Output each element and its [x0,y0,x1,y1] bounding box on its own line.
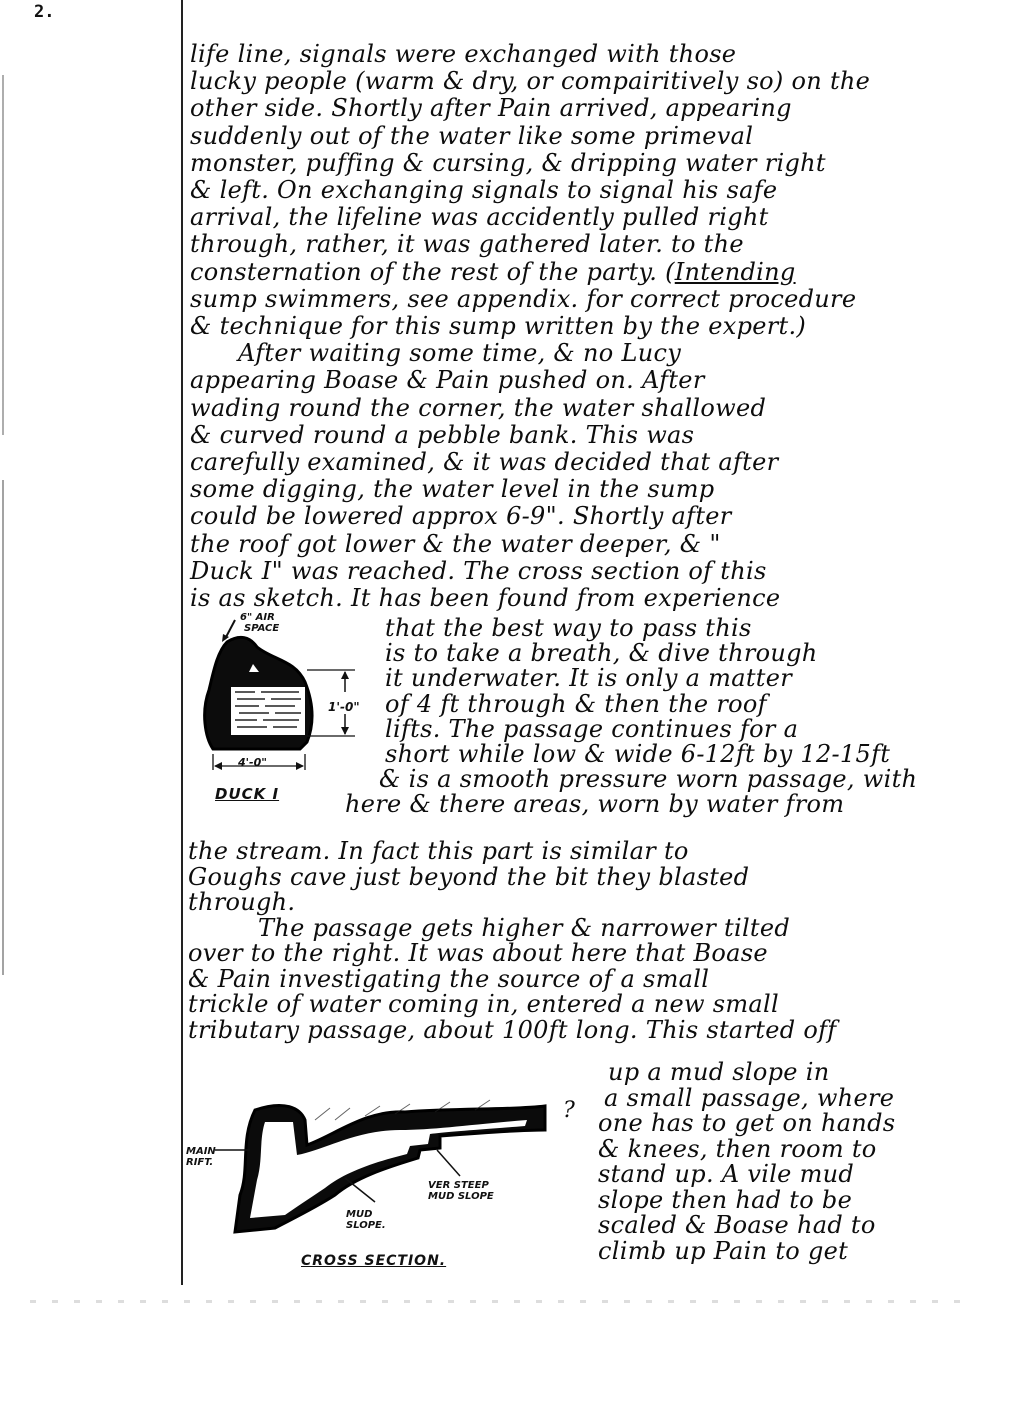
handwritten-line: a small passage, where [604,1084,894,1112]
very-steep-line-1: VER STEEP [428,1180,494,1191]
handwritten-line: slope then had to be [598,1186,852,1214]
underlined-word: Intending [675,258,796,286]
main-rift-line-1: MAIN [186,1146,216,1157]
handwritten-line: one has to get on hands [598,1109,895,1137]
main-rift-line-2: RIFT. [186,1157,216,1168]
mud-slope-line-2: SLOPE. [346,1220,386,1231]
handwritten-line: & technique for this sump written by the… [190,312,806,340]
handwritten-line: it underwater. It is only a matter [385,664,792,692]
handwritten-line: & Pain investigating the source of a sma… [188,965,709,993]
handwritten-line: & knees, then room to [598,1135,877,1163]
handwritten-line: through. [188,888,295,916]
handwritten-line: other side. Shortly after Pain arrived, … [190,94,792,122]
handwritten-line: sump swimmers, see appendix. for correct… [190,285,856,313]
air-label-line-1: 6" AIR [240,612,279,623]
handwritten-line: consternation of the rest of the party. … [190,258,796,286]
handwritten-line: trickle of water coming in, entered a ne… [188,990,779,1018]
handwritten-line: climb up Pain to get [598,1237,848,1265]
handwritten-line: wading round the corner, the water shall… [190,394,766,422]
handwritten-line: appearing Boase & Pain pushed on. After [190,366,705,394]
handwritten-line: lifts. The passage continues for a [385,715,798,743]
handwritten-line: over to the right. It was about here tha… [188,939,768,967]
handwritten-line: that the best way to pass this [385,614,752,642]
handwritten-line: short while low & wide 6-12ft by 12-15ft [385,740,890,768]
handwritten-line: life line, signals were exchanged with t… [190,40,736,68]
air-space-label: 6" AIR SPACE [240,612,279,634]
margin-rule [181,0,183,1285]
handwritten-line: Duck I" was reached. The cross section o… [190,557,767,585]
handwritten-line: some digging, the water level in the sum… [190,475,714,503]
scan-artifact [30,1300,960,1303]
handwritten-line: & curved round a pebble bank. This was [190,421,694,449]
duck-one-caption: DUCK I [215,785,279,803]
very-steep-mud-slope-label: VER STEEP MUD SLOPE [428,1180,494,1202]
mud-slope-label: MUD SLOPE. [346,1209,386,1231]
page-number: 2. [34,2,54,22]
handwritten-line: The passage gets higher & narrower tilte… [258,914,790,942]
cross-section-caption: CROSS SECTION. [301,1253,446,1269]
handwritten-line: scaled & Boase had to [598,1211,876,1239]
handwritten-line: is to take a breath, & dive through [385,639,818,667]
height-dimension-label: 1'-0" [328,702,360,713]
mud-slope-line-1: MUD [346,1209,386,1220]
handwritten-line: the roof got lower & the water deeper, &… [190,530,721,558]
very-steep-line-2: MUD SLOPE [428,1191,494,1202]
handwritten-line: tributary passage, about 100ft long. Thi… [188,1016,836,1044]
unknown-extent-mark: ? [563,1098,575,1123]
handwritten-line: the stream. In fact this part is similar… [188,837,689,865]
main-rift-label: MAIN RIFT. [186,1146,216,1168]
scan-edge-line [2,75,4,975]
width-dimension-label: 4'-0" [238,757,267,768]
handwritten-line: suddenly out of the water like some prim… [190,122,753,150]
handwritten-line: is as sketch. It has been found from exp… [190,584,780,612]
handwritten-line: After waiting some time, & no Lucy [238,339,681,367]
handwritten-line: lucky people (warm & dry, or compairitiv… [190,67,870,95]
handwritten-line: through, rather, it was gathered later. … [190,230,744,258]
air-label-line-2: SPACE [244,623,279,634]
handwritten-line: & is a smooth pressure worn passage, wit… [379,765,917,793]
handwritten-line: Goughs cave just beyond the bit they bla… [188,863,749,891]
handwritten-line: of 4 ft through & then the roof [385,690,767,718]
handwritten-line: could be lowered approx 6-9". Shortly af… [190,502,732,530]
handwritten-line: carefully examined, & it was decided tha… [190,448,778,476]
cross-section-sketch [215,1100,575,1250]
handwritten-line: up a mud slope in [608,1058,829,1086]
handwritten-line: here & there areas, worn by water from [345,790,844,818]
handwritten-line: & left. On exchanging signals to signal … [190,176,777,204]
handwritten-line: monster, puffing & cursing, & dripping w… [190,149,826,177]
handwritten-line: stand up. A vile mud [598,1160,854,1188]
handwritten-line: arrival, the lifeline was accidently pul… [190,203,769,231]
